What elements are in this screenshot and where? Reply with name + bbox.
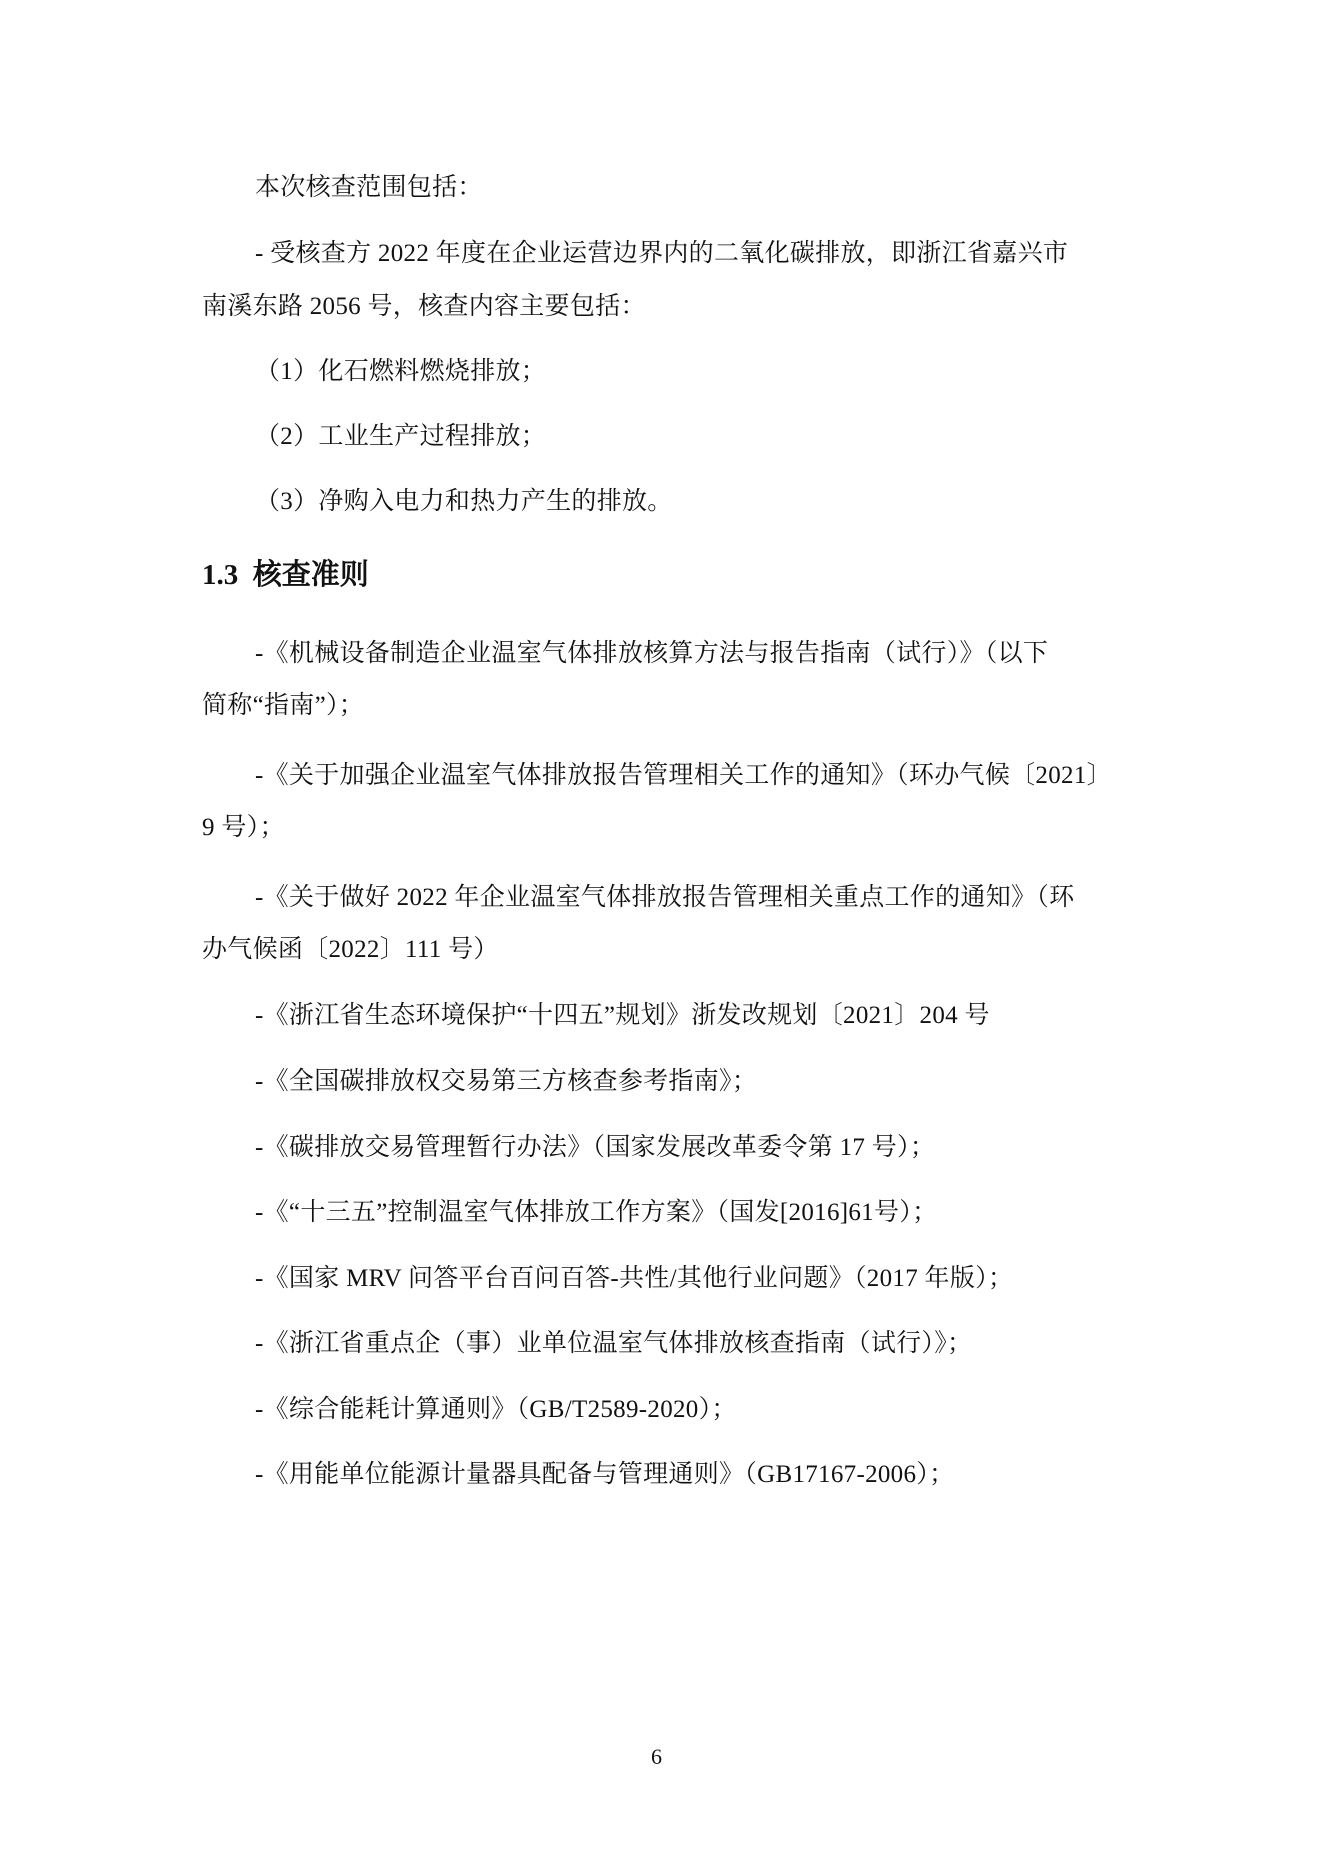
scope-item-3: （3）净购入电力和热力产生的排放。 — [255, 486, 673, 518]
page-number: 6 — [651, 1744, 662, 1770]
criteria-item-2-line2: 9 号）； — [202, 812, 285, 844]
criteria-item-7: -《“十三五”控制温室气体排放工作方案》（国发[2016]61号）； — [255, 1197, 937, 1229]
scope-paragraph-line2: 南溪东路 2056 号，核查内容主要包括： — [202, 291, 646, 323]
criteria-item-6: -《碳排放交易管理暂行办法》（国家发展改革委令第 17 号）； — [255, 1132, 935, 1164]
criteria-item-3-line2: 办气候函〔2022〕111 号） — [202, 934, 499, 966]
criteria-item-4: -《浙江省生态环境保护“十四五”规划》浙发改规划〔2021〕204 号 — [255, 1000, 990, 1032]
criteria-item-11: -《用能单位能源计量器具配备与管理通则》（GB17167-2006）； — [255, 1459, 954, 1491]
criteria-item-9: -《浙江省重点企（事）业单位温室气体排放核查指南（试行）》； — [255, 1328, 972, 1360]
scope-intro: 本次核查范围包括： — [255, 172, 483, 204]
section-title: 核查准则 — [253, 559, 369, 591]
section-number: 1.3 — [202, 559, 238, 591]
section-heading: 1.3 核查准则 — [202, 557, 369, 593]
criteria-item-8: -《国家 MRV 问答平台百问百答-共性/其他行业问题》（2017 年版）； — [255, 1263, 1013, 1295]
scope-item-1: （1）化石燃料燃烧排放； — [255, 356, 546, 388]
scope-paragraph-line1: - 受核查方 2022 年度在企业运营边界内的二氧化碳排放，即浙江省嘉兴市 — [255, 238, 1068, 270]
criteria-item-3-line1: -《关于做好 2022 年企业温室气体排放报告管理相关重点工作的通知》（环 — [255, 882, 1074, 914]
criteria-item-2-line1: -《关于加强企业温室气体排放报告管理相关工作的通知》（环办气候〔2021〕 — [255, 760, 1112, 792]
scope-item-2: （2）工业生产过程排放； — [255, 421, 546, 453]
criteria-item-1-line2: 简称“指南”）； — [202, 690, 364, 722]
criteria-item-10: -《综合能耗计算通则》（GB/T2589-2020）； — [255, 1394, 737, 1426]
criteria-item-5: -《全国碳排放权交易第三方核查参考指南》； — [255, 1066, 757, 1098]
criteria-item-1-line1: -《机械设备制造企业温室气体排放核算方法与报告指南（试行）》（以下 — [255, 638, 1048, 670]
